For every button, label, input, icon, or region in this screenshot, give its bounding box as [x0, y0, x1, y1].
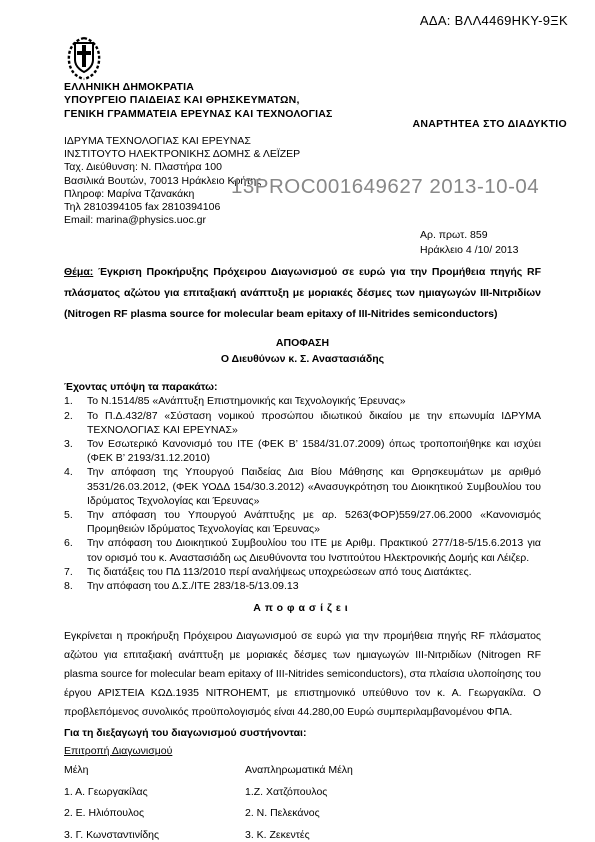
- legal-item-text: Τον Εσωτερικό Κανονισμό του ΙΤΕ (ΦΕΚ Β’ …: [87, 437, 541, 465]
- legal-item-number: 5.: [64, 508, 87, 536]
- alternate-row: 2. Ν. Πελεκάνος: [245, 803, 541, 825]
- address-line-foundation: ΙΔΡΥΜΑ ΤΕΧΝΟΛΟΓΙΑΣ ΚΑΙ ΕΡΕΥΝΑΣ: [64, 135, 300, 148]
- legal-item: 3. Τον Εσωτερικό Κανονισμό του ΙΤΕ (ΦΕΚ …: [64, 437, 541, 465]
- document-page: ΑΔΑ: ΒΛΛ4469ΗΚΥ-9ΞΚ ΕΛΛΗΝΙΚΗ ΔΗΜΟΚΡΑΤΙΑ …: [0, 0, 595, 842]
- org-header: ΕΛΛΗΝΙΚΗ ΔΗΜΟΚΡΑΤΙΑ ΥΠΟΥΡΓΕΙΟ ΠΑΙΔΕΙΑΣ Κ…: [64, 81, 333, 121]
- legal-item-text: Την απόφαση του Υπουργού Ανάπτυξης με αρ…: [87, 508, 541, 536]
- subject-label: Θέμα:: [64, 266, 93, 278]
- legal-item-text: Το Π.Δ.432/87 «Σύσταση νομικού προσώπου …: [87, 409, 541, 437]
- member-row: 1. Α. Γεωργακίλας: [64, 782, 245, 804]
- watermark-procurement-code: 13PROC001649627 2013-10-04: [231, 175, 539, 199]
- address-line-phone: Τηλ 2810394105 fax 2810394106: [64, 201, 300, 214]
- decision-body: Εγκρίνεται η προκήρυξη Πρόχειρου Διαγωνι…: [64, 627, 541, 722]
- committee-title: Επιτροπή Διαγωνισμού: [64, 744, 541, 758]
- protocol-block: Αρ. πρωτ. 859 Ηράκλειο 4 /10/ 2013: [420, 228, 518, 258]
- place-date: Ηράκλειο 4 /10/ 2013: [420, 243, 518, 258]
- legal-item: 2. Το Π.Δ.432/87 «Σύσταση νομικού προσώπ…: [64, 409, 541, 437]
- legal-item-number: 4.: [64, 465, 87, 508]
- legal-item: 7. Τις διατάξεις του ΠΔ 113/2010 περί αν…: [64, 565, 541, 579]
- preamble: Έχοντας υπόψη τα παρακάτω:: [64, 380, 541, 394]
- member-row: 3. Γ. Κωνσταντινίδης: [64, 825, 245, 842]
- decision-subtitle: Ο Διευθύνων κ. Σ. Αναστασιάδης: [64, 352, 541, 366]
- legal-item-text: Την απόφαση του Δ.Σ./ΙΤΕ 283/18-5/13.09.…: [87, 579, 541, 593]
- legal-basis-list: 1. Το Ν.1514/85 «Ανάπτυξη Επιστημονικής …: [64, 394, 541, 593]
- subject-text: Έγκριση Προκήρυξης Πρόχειρου Διαγωνισμού…: [64, 266, 541, 320]
- legal-item-text: Τις διατάξεις του ΠΔ 113/2010 περί αναλή…: [87, 565, 541, 579]
- member-row: 2. Ε. Ηλιόπουλος: [64, 803, 245, 825]
- alternate-row: 1.Ζ. Χατζόπουλος: [245, 782, 541, 804]
- address-line-institute: ΙΝΣΤΙΤΟΥΤΟ ΗΛΕΚΤΡΟΝΙΚΗΣ ΔΟΜΗΣ & ΛΕΪΖΕΡ: [64, 148, 300, 161]
- legal-item-number: 7.: [64, 565, 87, 579]
- org-line-ministry: ΥΠΟΥΡΓΕΙΟ ΠΑΙΔΕΙΑΣ ΚΑΙ ΘΡΗΣΚΕΥΜΑΤΩΝ,: [64, 94, 333, 107]
- ada-code: ΑΔΑ: ΒΛΛ4469ΗΚΥ-9ΞΚ: [420, 13, 568, 28]
- org-line-secretariat: ΓΕΝΙΚΗ ΓΡΑΜΜΑΤΕΙΑ ΕΡΕΥΝΑΣ ΚΑΙ ΤΕΧΝΟΛΟΓΙΑ…: [64, 108, 333, 121]
- legal-item: 6. Την απόφαση του Διοικητικού Συμβουλίο…: [64, 536, 541, 564]
- legal-item-text: Την απόφαση της Υπουργού Παιδείας Δια Βί…: [87, 465, 541, 508]
- address-line-street: Ταχ. Διεύθυνση: Ν. Πλαστήρα 100: [64, 161, 300, 174]
- document-content: Θέμα: Έγκριση Προκήρυξης Πρόχειρου Διαγω…: [64, 262, 541, 842]
- committee-members-column: Μέλη 1. Α. Γεωργακίλας 2. Ε. Ηλιόπουλος …: [64, 760, 245, 842]
- alternates-header: Αναπληρωματικά Μέλη: [245, 760, 541, 782]
- legal-item-number: 6.: [64, 536, 87, 564]
- decision-title: ΑΠΟΦΑΣΗ: [64, 336, 541, 350]
- address-line-email: Email: marina@physics.uoc.gr: [64, 214, 300, 227]
- legal-item-number: 3.: [64, 437, 87, 465]
- legal-item: 1. Το Ν.1514/85 «Ανάπτυξη Επιστημονικής …: [64, 394, 541, 408]
- legal-item: 8. Την απόφαση του Δ.Σ./ΙΤΕ 283/18-5/13.…: [64, 579, 541, 593]
- committee-alternates-column: Αναπληρωματικά Μέλη 1.Ζ. Χατζόπουλος 2. …: [245, 760, 541, 842]
- legal-item-text: Το Ν.1514/85 «Ανάπτυξη Επιστημονικής και…: [87, 394, 541, 408]
- legal-item-text: Την απόφαση του Διοικητικού Συμβουλίου τ…: [87, 536, 541, 564]
- protocol-number: Αρ. πρωτ. 859: [420, 228, 518, 243]
- coat-of-arms-icon: [64, 35, 104, 81]
- decides-heading: Αποφασίζει: [64, 601, 541, 615]
- legal-item: 5. Την απόφαση του Υπουργού Ανάπτυξης με…: [64, 508, 541, 536]
- alternate-row: 3. Κ. Ζεκεντές: [245, 825, 541, 842]
- subject-paragraph: Θέμα: Έγκριση Προκήρυξης Πρόχειρου Διαγω…: [64, 262, 541, 324]
- org-line-republic: ΕΛΛΗΝΙΚΗ ΔΗΜΟΚΡΑΤΙΑ: [64, 81, 333, 94]
- committee-intro: Για τη διεξαγωγή του διαγωνισμού συστήνο…: [64, 726, 541, 740]
- legal-item: 4. Την απόφαση της Υπουργού Παιδείας Δια…: [64, 465, 541, 508]
- legal-item-number: 2.: [64, 409, 87, 437]
- committee-table: Μέλη 1. Α. Γεωργακίλας 2. Ε. Ηλιόπουλος …: [64, 760, 541, 842]
- members-header: Μέλη: [64, 760, 245, 782]
- greek-coat-of-arms-logo: [64, 35, 104, 84]
- legal-item-number: 8.: [64, 579, 87, 593]
- web-posting-note: ΑΝΑΡΤΗΤΕΑ ΣΤΟ ΔΙΑΔΥΚΤΙΟ: [412, 118, 567, 130]
- legal-item-number: 1.: [64, 394, 87, 408]
